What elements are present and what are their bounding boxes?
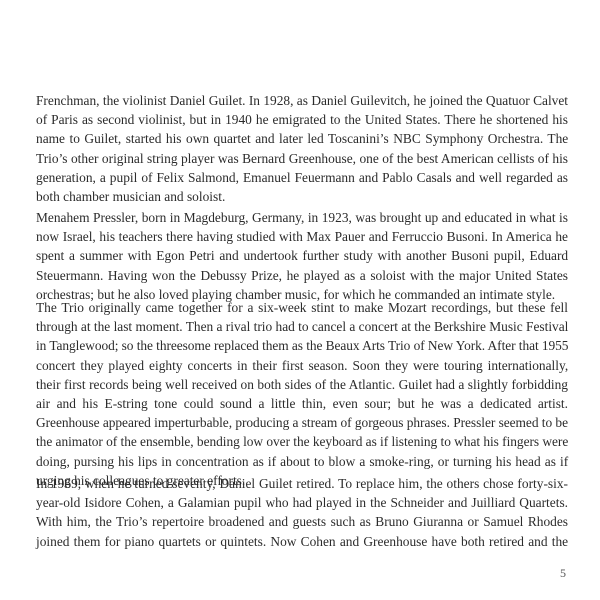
- text-line: air and his E-string tone could sound a …: [36, 394, 568, 413]
- text-line: doing, pursing his lips in concentration…: [36, 452, 568, 471]
- text-line: through at the last moment. Then a rival…: [36, 317, 568, 336]
- text-line: spent a summer with Egon Petri and under…: [36, 246, 568, 265]
- text-line: both chamber musician and soloist.: [36, 187, 568, 206]
- text-line: In 1969, when he turned seventy, Daniel …: [36, 474, 568, 493]
- text-line: Trio’s other original string player was …: [36, 149, 568, 168]
- text-line: name to Guilet, started his own quartet …: [36, 129, 568, 148]
- text-line: Menahem Pressler, born in Magdeburg, Ger…: [36, 208, 568, 227]
- text-line: The Trio originally came together for a …: [36, 298, 568, 317]
- text-line: Greenhouse appeared imperturbable, produ…: [36, 413, 568, 432]
- text-line: of Paris as second violinist, but in 194…: [36, 110, 568, 129]
- text-line: Steuermann. Having won the Debussy Prize…: [36, 266, 568, 285]
- page-number: 5: [560, 566, 566, 581]
- booklet-page: Frenchman, the violinist Daniel Guilet. …: [0, 0, 600, 600]
- text-line: With him, the Trio’s repertoire broadene…: [36, 512, 568, 531]
- text-line: now Israel, his teachers there having st…: [36, 227, 568, 246]
- text-line: joined them for piano quartets or quinte…: [36, 532, 568, 551]
- text-line: their first records being well received …: [36, 375, 568, 394]
- paragraph-cohen: In 1969, when he turned seventy, Daniel …: [36, 474, 568, 551]
- text-line: generation, a pupil of Felix Salmond, Em…: [36, 168, 568, 187]
- text-line: concert they played eighty concerts in t…: [36, 356, 568, 375]
- text-line: in Tanglewood; so the threesome replaced…: [36, 336, 568, 355]
- text-line: Frenchman, the violinist Daniel Guilet. …: [36, 91, 568, 110]
- paragraph-trio-origins: The Trio originally came together for a …: [36, 298, 568, 490]
- paragraph-pressler: Menahem Pressler, born in Magdeburg, Ger…: [36, 208, 568, 304]
- text-line: the animator of the ensemble, bending lo…: [36, 432, 568, 451]
- paragraph-guilet-greenhouse: Frenchman, the violinist Daniel Guilet. …: [36, 91, 568, 206]
- text-line: year-old Isidore Cohen, a Galamian pupil…: [36, 493, 568, 512]
